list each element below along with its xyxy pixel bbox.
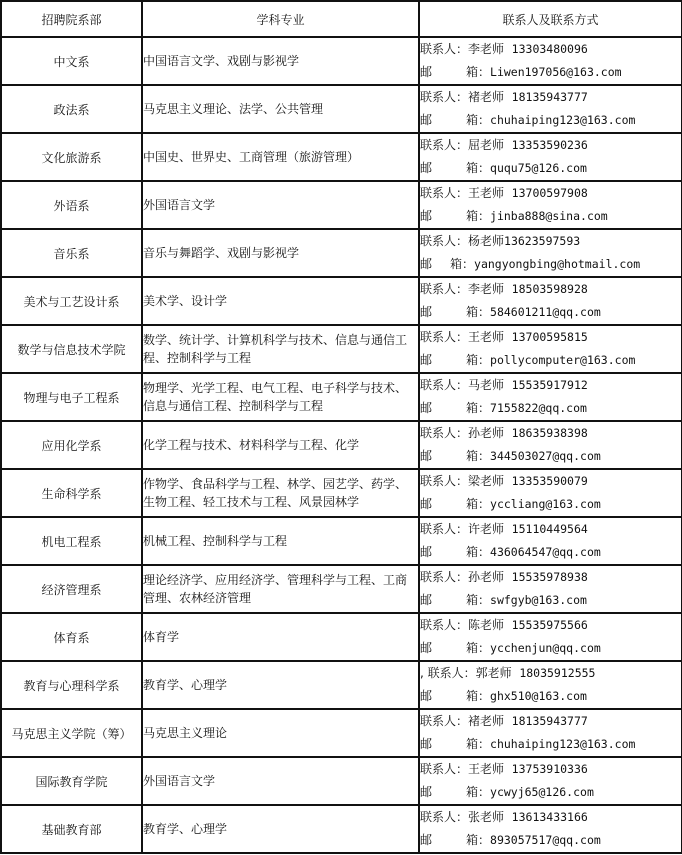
contact-label: 联系人：	[420, 522, 468, 536]
major-cell: 外国语言文学	[142, 757, 419, 805]
major-cell: 教育学、心理学	[142, 805, 419, 853]
contact-person-line: 联系人：许老师 15110449564	[420, 518, 681, 541]
department-name: 政法系	[53, 103, 89, 117]
major-cell: 数学、统计学、计算机科学与技术、信息与通信工程、控制科学与工程	[142, 325, 419, 373]
email-line: 邮箱：chuhaiping123@163.com	[420, 109, 681, 132]
email-line: 邮箱：ququ75@126.com	[420, 157, 681, 180]
spacer	[504, 186, 512, 200]
contact-phone: 18135943777	[512, 714, 588, 728]
contact-name: 王老师	[468, 186, 504, 200]
contact-cell: 联系人：陈老师 15535975566 邮箱：ycchenjun@qq.com	[419, 613, 682, 661]
contact-phone: 18135943777	[512, 90, 588, 104]
contact-phone: 13623597593	[504, 234, 580, 248]
contact-phone: 13700597908	[512, 186, 588, 200]
contact-name: 许老师	[468, 522, 504, 536]
email-address[interactable]: 436064547@qq.com	[490, 545, 601, 559]
department-name: 外语系	[53, 199, 89, 213]
email-line: 邮箱：Liwen197056@163.com	[420, 61, 681, 84]
spacer	[504, 810, 512, 824]
spacer	[504, 762, 512, 776]
email-label-left: 邮	[420, 109, 466, 132]
department-name: 生命科学系	[41, 487, 101, 501]
spacer	[504, 522, 512, 536]
spacer	[504, 378, 512, 392]
contact-cell: 联系人：褚老师 18135943777 邮箱：chuhaiping123@163…	[419, 709, 682, 757]
contact-name: 陈老师	[468, 618, 504, 632]
spacer	[504, 426, 512, 440]
contact-name: 梁老师	[468, 474, 504, 488]
header-contact: 联系人及联系方式	[419, 1, 682, 37]
email-label-right: 箱：	[466, 161, 490, 175]
spacer	[504, 138, 512, 152]
contact-label: 联系人：	[420, 474, 468, 488]
table-row: 国际教育学院 外国语言文学 联系人：王老师 13753910336 邮箱：ycw…	[1, 757, 682, 805]
email-line: 邮箱：chuhaiping123@163.com	[420, 733, 681, 756]
contact-person-line: 联系人：陈老师 15535975566	[420, 614, 681, 637]
department-cell: 马克思主义学院（筹）	[1, 709, 142, 757]
table-row: 经济管理系 理论经济学、应用经济学、管理科学与工程、工商管理、农林经济管理 联系…	[1, 565, 682, 613]
contact-name: 屈老师	[468, 138, 504, 152]
email-address[interactable]: Liwen197056@163.com	[490, 65, 622, 79]
table-row: 外语系 外国语言文学 联系人：王老师 13700597908 邮箱：jinba8…	[1, 181, 682, 229]
table-row: 教育与心理科学系 教育学、心理学 , 联系人：郭老师 18035912555 邮…	[1, 661, 682, 709]
email-label-left: 邮	[420, 205, 466, 228]
email-line: 邮箱：ghx510@163.com	[420, 685, 681, 708]
table-header-row: 招聘院系部 学科专业 联系人及联系方式	[1, 1, 682, 37]
email-address[interactable]: pollycomputer@163.com	[490, 353, 635, 367]
department-name: 基础教育部	[41, 823, 101, 837]
table-row: 体育系 体育学 联系人：陈老师 15535975566 邮箱：ycchenjun…	[1, 613, 682, 661]
email-label-right: 箱：	[466, 209, 490, 223]
contact-phone: 13303480096	[512, 42, 588, 56]
contact-person-line: 联系人：李老师 18503598928	[420, 278, 681, 301]
contact-person-line: 联系人：杨老师13623597593	[420, 230, 681, 253]
major-cell: 音乐与舞蹈学、戏剧与影视学	[142, 229, 419, 277]
contact-label: 联系人：	[420, 714, 468, 728]
major-cell: 外国语言文学	[142, 181, 419, 229]
email-label-left: 邮	[420, 445, 466, 468]
department-name: 物理与电子工程系	[23, 391, 119, 405]
contact-label: 联系人：	[420, 762, 468, 776]
contact-cell: 联系人：梁老师 13353590079 邮箱：yccliang@163.com	[419, 469, 682, 517]
email-label-left: 邮	[420, 781, 466, 804]
contact-label: 联系人：	[420, 282, 468, 296]
department-cell: 中文系	[1, 37, 142, 85]
email-address[interactable]: 344503027@qq.com	[490, 449, 601, 463]
email-label-left: 邮	[420, 637, 466, 660]
email-address[interactable]: yangyongbing@hotmail.com	[474, 257, 640, 271]
email-label-left: 邮	[420, 397, 466, 420]
contact-prefix: ,	[420, 666, 428, 680]
contact-person-line: , 联系人：郭老师 18035912555	[420, 662, 681, 685]
department-name: 经济管理系	[41, 583, 101, 597]
email-label-left: 邮	[420, 589, 466, 612]
table-row: 文化旅游系 中国史、世界史、工商管理（旅游管理） 联系人：屈老师 1335359…	[1, 133, 682, 181]
contact-person-line: 联系人：王老师 13753910336	[420, 758, 681, 781]
email-label-right: 箱：	[466, 65, 490, 79]
email-label-left: 邮	[420, 685, 466, 708]
contact-cell: 联系人：孙老师 15535978938 邮箱：swfgyb@163.com	[419, 565, 682, 613]
email-label-right: 箱：	[466, 593, 490, 607]
email-address[interactable]: ycwyj65@126.com	[490, 785, 594, 799]
table-row: 音乐系 音乐与舞蹈学、戏剧与影视学 联系人：杨老师13623597593 邮箱：…	[1, 229, 682, 277]
major-cell: 教育学、心理学	[142, 661, 419, 709]
email-label-left: 邮	[420, 493, 466, 516]
major-text: 美术学、设计学	[143, 294, 227, 308]
major-text: 理论经济学、应用经济学、管理科学与工程、工商管理、农林经济管理	[143, 573, 407, 605]
email-line: 邮箱：584601211@qq.com	[420, 301, 681, 324]
contact-name: 李老师	[468, 42, 504, 56]
spacer	[504, 570, 512, 584]
major-cell: 美术学、设计学	[142, 277, 419, 325]
major-cell: 体育学	[142, 613, 419, 661]
contact-label: 联系人：	[420, 810, 468, 824]
contact-name: 马老师	[468, 378, 504, 392]
email-address[interactable]: ghx510@163.com	[490, 689, 587, 703]
major-cell: 中国语言文学、戏剧与影视学	[142, 37, 419, 85]
department-cell: 经济管理系	[1, 565, 142, 613]
header-major: 学科专业	[142, 1, 419, 37]
spacer	[504, 618, 512, 632]
spacer	[504, 90, 512, 104]
email-line: 邮箱：yccliang@163.com	[420, 493, 681, 516]
email-address[interactable]: 893057517@qq.com	[490, 833, 601, 847]
email-line: 邮箱：893057517@qq.com	[420, 829, 681, 852]
major-text: 外国语言文学	[143, 774, 215, 788]
contact-cell: 联系人：褚老师 18135943777 邮箱：chuhaiping123@163…	[419, 85, 682, 133]
contact-name: 张老师	[468, 810, 504, 824]
contact-cell: 联系人：张老师 13613433166 邮箱：893057517@qq.com	[419, 805, 682, 853]
department-cell: 音乐系	[1, 229, 142, 277]
email-label-left: 邮	[420, 61, 466, 84]
email-line: 邮箱：436064547@qq.com	[420, 541, 681, 564]
email-label-right: 箱：	[466, 497, 490, 511]
contact-cell: 联系人：李老师 13303480096 邮箱：Liwen197056@163.c…	[419, 37, 682, 85]
major-text: 音乐与舞蹈学、戏剧与影视学	[143, 246, 299, 260]
contact-phone: 18035912555	[519, 666, 595, 680]
major-text: 物理学、光学工程、电气工程、电子科学与技术、信息与通信工程、控制科学与工程	[143, 381, 407, 413]
email-label-left: 邮	[420, 301, 466, 324]
contact-cell: , 联系人：郭老师 18035912555 邮箱：ghx510@163.com	[419, 661, 682, 709]
department-cell: 教育与心理科学系	[1, 661, 142, 709]
department-cell: 数学与信息技术学院	[1, 325, 142, 373]
spacer	[504, 282, 512, 296]
major-text: 中国史、世界史、工商管理（旅游管理）	[143, 150, 359, 164]
department-name: 机电工程系	[41, 535, 101, 549]
contact-phone: 15535975566	[512, 618, 588, 632]
spacer	[504, 474, 512, 488]
department-name: 体育系	[53, 631, 89, 645]
email-address[interactable]: 7155822@qq.com	[490, 401, 587, 415]
table-row: 美术与工艺设计系 美术学、设计学 联系人：李老师 18503598928 邮箱：…	[1, 277, 682, 325]
major-cell: 中国史、世界史、工商管理（旅游管理）	[142, 133, 419, 181]
email-label-right: 箱：	[466, 113, 490, 127]
department-name: 数学与信息技术学院	[17, 343, 125, 357]
contact-label: 联系人：	[420, 378, 468, 392]
contact-phone: 13753910336	[512, 762, 588, 776]
email-label-right: 箱：	[466, 833, 490, 847]
contact-cell: 联系人：王老师 13700597908 邮箱：jinba888@sina.com	[419, 181, 682, 229]
contact-label: 联系人：	[420, 234, 468, 248]
contact-person-line: 联系人：屈老师 13353590236	[420, 134, 681, 157]
department-cell: 体育系	[1, 613, 142, 661]
email-label-left: 邮	[420, 157, 466, 180]
email-line: 邮箱：7155822@qq.com	[420, 397, 681, 420]
email-label-right: 箱：	[466, 641, 490, 655]
major-cell: 马克思主义理论、法学、公共管理	[142, 85, 419, 133]
major-cell: 化学工程与技术、材料科学与工程、化学	[142, 421, 419, 469]
contact-cell: 联系人：孙老师 18635938398 邮箱：344503027@qq.com	[419, 421, 682, 469]
email-label-left: 邮	[420, 253, 450, 276]
major-text: 化学工程与技术、材料科学与工程、化学	[143, 438, 359, 452]
contact-name: 王老师	[468, 330, 504, 344]
major-cell: 物理学、光学工程、电气工程、电子科学与技术、信息与通信工程、控制科学与工程	[142, 373, 419, 421]
email-line: 邮箱：pollycomputer@163.com	[420, 349, 681, 372]
contact-person-line: 联系人：褚老师 18135943777	[420, 710, 681, 733]
department-name: 美术与工艺设计系	[23, 295, 119, 309]
contact-person-line: 联系人：张老师 13613433166	[420, 806, 681, 829]
email-line: 邮箱：344503027@qq.com	[420, 445, 681, 468]
contact-label: 联系人：	[420, 90, 468, 104]
major-text: 作物学、食品科学与工程、林学、园艺学、药学、生物工程、轻工技术与工程、风景园林学	[143, 477, 407, 509]
contact-name: 王老师	[468, 762, 504, 776]
contact-name: 杨老师	[468, 234, 504, 248]
email-line: 邮箱：ycwyj65@126.com	[420, 781, 681, 804]
email-address[interactable]: swfgyb@163.com	[490, 593, 587, 607]
department-cell: 应用化学系	[1, 421, 142, 469]
contact-phone: 18635938398	[512, 426, 588, 440]
major-text: 数学、统计学、计算机科学与技术、信息与通信工程、控制科学与工程	[143, 333, 407, 365]
contact-person-line: 联系人：王老师 13700597908	[420, 182, 681, 205]
contact-name: 李老师	[468, 282, 504, 296]
contact-cell: 联系人：马老师 15535917912 邮箱：7155822@qq.com	[419, 373, 682, 421]
table-row: 应用化学系 化学工程与技术、材料科学与工程、化学 联系人：孙老师 1863593…	[1, 421, 682, 469]
email-label-right: 箱：	[466, 545, 490, 559]
table-row: 基础教育部 教育学、心理学 联系人：张老师 13613433166 邮箱：893…	[1, 805, 682, 853]
email-label-left: 邮	[420, 541, 466, 564]
department-cell: 文化旅游系	[1, 133, 142, 181]
email-line: 邮箱：swfgyb@163.com	[420, 589, 681, 612]
major-text: 教育学、心理学	[143, 822, 227, 836]
contact-cell: 联系人：李老师 18503598928 邮箱：584601211@qq.com	[419, 277, 682, 325]
email-address[interactable]: chuhaiping123@163.com	[490, 113, 635, 127]
department-cell: 国际教育学院	[1, 757, 142, 805]
contact-phone: 13613433166	[512, 810, 588, 824]
email-label-right: 箱：	[466, 305, 490, 319]
contact-name: 孙老师	[468, 426, 504, 440]
contact-label: 联系人：	[420, 426, 468, 440]
email-address[interactable]: chuhaiping123@163.com	[490, 737, 635, 751]
table-body: 中文系 中国语言文学、戏剧与影视学 联系人：李老师 13303480096 邮箱…	[1, 37, 682, 853]
major-cell: 马克思主义理论	[142, 709, 419, 757]
email-label-right: 箱：	[466, 449, 490, 463]
spacer	[504, 714, 512, 728]
contact-label: 联系人：	[428, 666, 476, 680]
contact-phone: 18503598928	[512, 282, 588, 296]
major-text: 体育学	[143, 630, 179, 644]
major-text: 马克思主义理论	[143, 726, 227, 740]
department-name: 文化旅游系	[41, 151, 101, 165]
department-name: 教育与心理科学系	[23, 679, 119, 693]
contact-person-line: 联系人：褚老师 18135943777	[420, 86, 681, 109]
contact-person-line: 联系人：王老师 13700595815	[420, 326, 681, 349]
contact-label: 联系人：	[420, 570, 468, 584]
major-text: 中国语言文学、戏剧与影视学	[143, 54, 299, 68]
table-row: 政法系 马克思主义理论、法学、公共管理 联系人：褚老师 18135943777 …	[1, 85, 682, 133]
contact-cell: 联系人：屈老师 13353590236 邮箱：ququ75@126.com	[419, 133, 682, 181]
contact-label: 联系人：	[420, 330, 468, 344]
department-name: 应用化学系	[41, 439, 101, 453]
contact-label: 联系人：	[420, 42, 468, 56]
department-cell: 机电工程系	[1, 517, 142, 565]
contact-name: 孙老师	[468, 570, 504, 584]
contact-cell: 联系人：王老师 13753910336 邮箱：ycwyj65@126.com	[419, 757, 682, 805]
email-address[interactable]: yccliang@163.com	[490, 497, 601, 511]
email-line: 邮箱：yangyongbing@hotmail.com	[420, 253, 681, 276]
contact-phone: 13700595815	[512, 330, 588, 344]
table-row: 数学与信息技术学院 数学、统计学、计算机科学与技术、信息与通信工程、控制科学与工…	[1, 325, 682, 373]
email-address[interactable]: 584601211@qq.com	[490, 305, 601, 319]
table-row: 生命科学系 作物学、食品科学与工程、林学、园艺学、药学、生物工程、轻工技术与工程…	[1, 469, 682, 517]
email-line: 邮箱：ycchenjun@qq.com	[420, 637, 681, 660]
spacer	[504, 330, 512, 344]
email-label-left: 邮	[420, 349, 466, 372]
department-name: 马克思主义学院（筹）	[11, 727, 131, 741]
major-cell: 理论经济学、应用经济学、管理科学与工程、工商管理、农林经济管理	[142, 565, 419, 613]
contact-person-line: 联系人：马老师 15535917912	[420, 374, 681, 397]
table-row: 马克思主义学院（筹） 马克思主义理论 联系人：褚老师 18135943777 邮…	[1, 709, 682, 757]
contact-name: 褚老师	[468, 90, 504, 104]
contact-person-line: 联系人：梁老师 13353590079	[420, 470, 681, 493]
contact-phone: 15535917912	[512, 378, 588, 392]
contact-phone: 15535978938	[512, 570, 588, 584]
email-label-right: 箱：	[466, 689, 490, 703]
department-cell: 外语系	[1, 181, 142, 229]
major-cell: 作物学、食品科学与工程、林学、园艺学、药学、生物工程、轻工技术与工程、风景园林学	[142, 469, 419, 517]
major-text: 教育学、心理学	[143, 678, 227, 692]
email-address[interactable]: jinba888@sina.com	[490, 209, 608, 223]
department-name: 中文系	[53, 55, 89, 69]
email-label-left: 邮	[420, 733, 466, 756]
contact-person-line: 联系人：孙老师 15535978938	[420, 566, 681, 589]
email-line: 邮箱：jinba888@sina.com	[420, 205, 681, 228]
major-text: 外国语言文学	[143, 198, 215, 212]
contact-cell: 联系人：杨老师13623597593 邮箱：yangyongbing@hotma…	[419, 229, 682, 277]
department-name: 国际教育学院	[35, 775, 107, 789]
contact-phone: 15110449564	[512, 522, 588, 536]
department-name: 音乐系	[53, 247, 89, 261]
email-address[interactable]: ycchenjun@qq.com	[490, 641, 601, 655]
email-address[interactable]: ququ75@126.com	[490, 161, 587, 175]
email-label-right: 箱：	[450, 257, 474, 271]
email-label-right: 箱：	[466, 353, 490, 367]
contact-person-line: 联系人：李老师 13303480096	[420, 38, 681, 61]
department-cell: 美术与工艺设计系	[1, 277, 142, 325]
major-cell: 机械工程、控制科学与工程	[142, 517, 419, 565]
major-text: 机械工程、控制科学与工程	[143, 534, 287, 548]
email-label-left: 邮	[420, 829, 466, 852]
contact-phone: 13353590236	[512, 138, 588, 152]
department-cell: 生命科学系	[1, 469, 142, 517]
department-cell: 基础教育部	[1, 805, 142, 853]
spacer	[504, 42, 512, 56]
contact-cell: 联系人：许老师 15110449564 邮箱：436064547@qq.com	[419, 517, 682, 565]
contact-phone: 13353590079	[512, 474, 588, 488]
contact-label: 联系人：	[420, 186, 468, 200]
table-row: 机电工程系 机械工程、控制科学与工程 联系人：许老师 15110449564 邮…	[1, 517, 682, 565]
department-cell: 物理与电子工程系	[1, 373, 142, 421]
table-row: 中文系 中国语言文学、戏剧与影视学 联系人：李老师 13303480096 邮箱…	[1, 37, 682, 85]
email-label-right: 箱：	[466, 737, 490, 751]
header-department: 招聘院系部	[1, 1, 142, 37]
department-cell: 政法系	[1, 85, 142, 133]
recruitment-contact-table: 招聘院系部 学科专业 联系人及联系方式 中文系 中国语言文学、戏剧与影视学 联系…	[0, 0, 682, 854]
contact-label: 联系人：	[420, 138, 468, 152]
email-label-right: 箱：	[466, 785, 490, 799]
contact-name: 郭老师	[476, 666, 512, 680]
major-text: 马克思主义理论、法学、公共管理	[143, 102, 323, 116]
contact-person-line: 联系人：孙老师 18635938398	[420, 422, 681, 445]
contact-name: 褚老师	[468, 714, 504, 728]
contact-label: 联系人：	[420, 618, 468, 632]
contact-cell: 联系人：王老师 13700595815 邮箱：pollycomputer@163…	[419, 325, 682, 373]
email-label-right: 箱：	[466, 401, 490, 415]
table-row: 物理与电子工程系 物理学、光学工程、电气工程、电子科学与技术、信息与通信工程、控…	[1, 373, 682, 421]
